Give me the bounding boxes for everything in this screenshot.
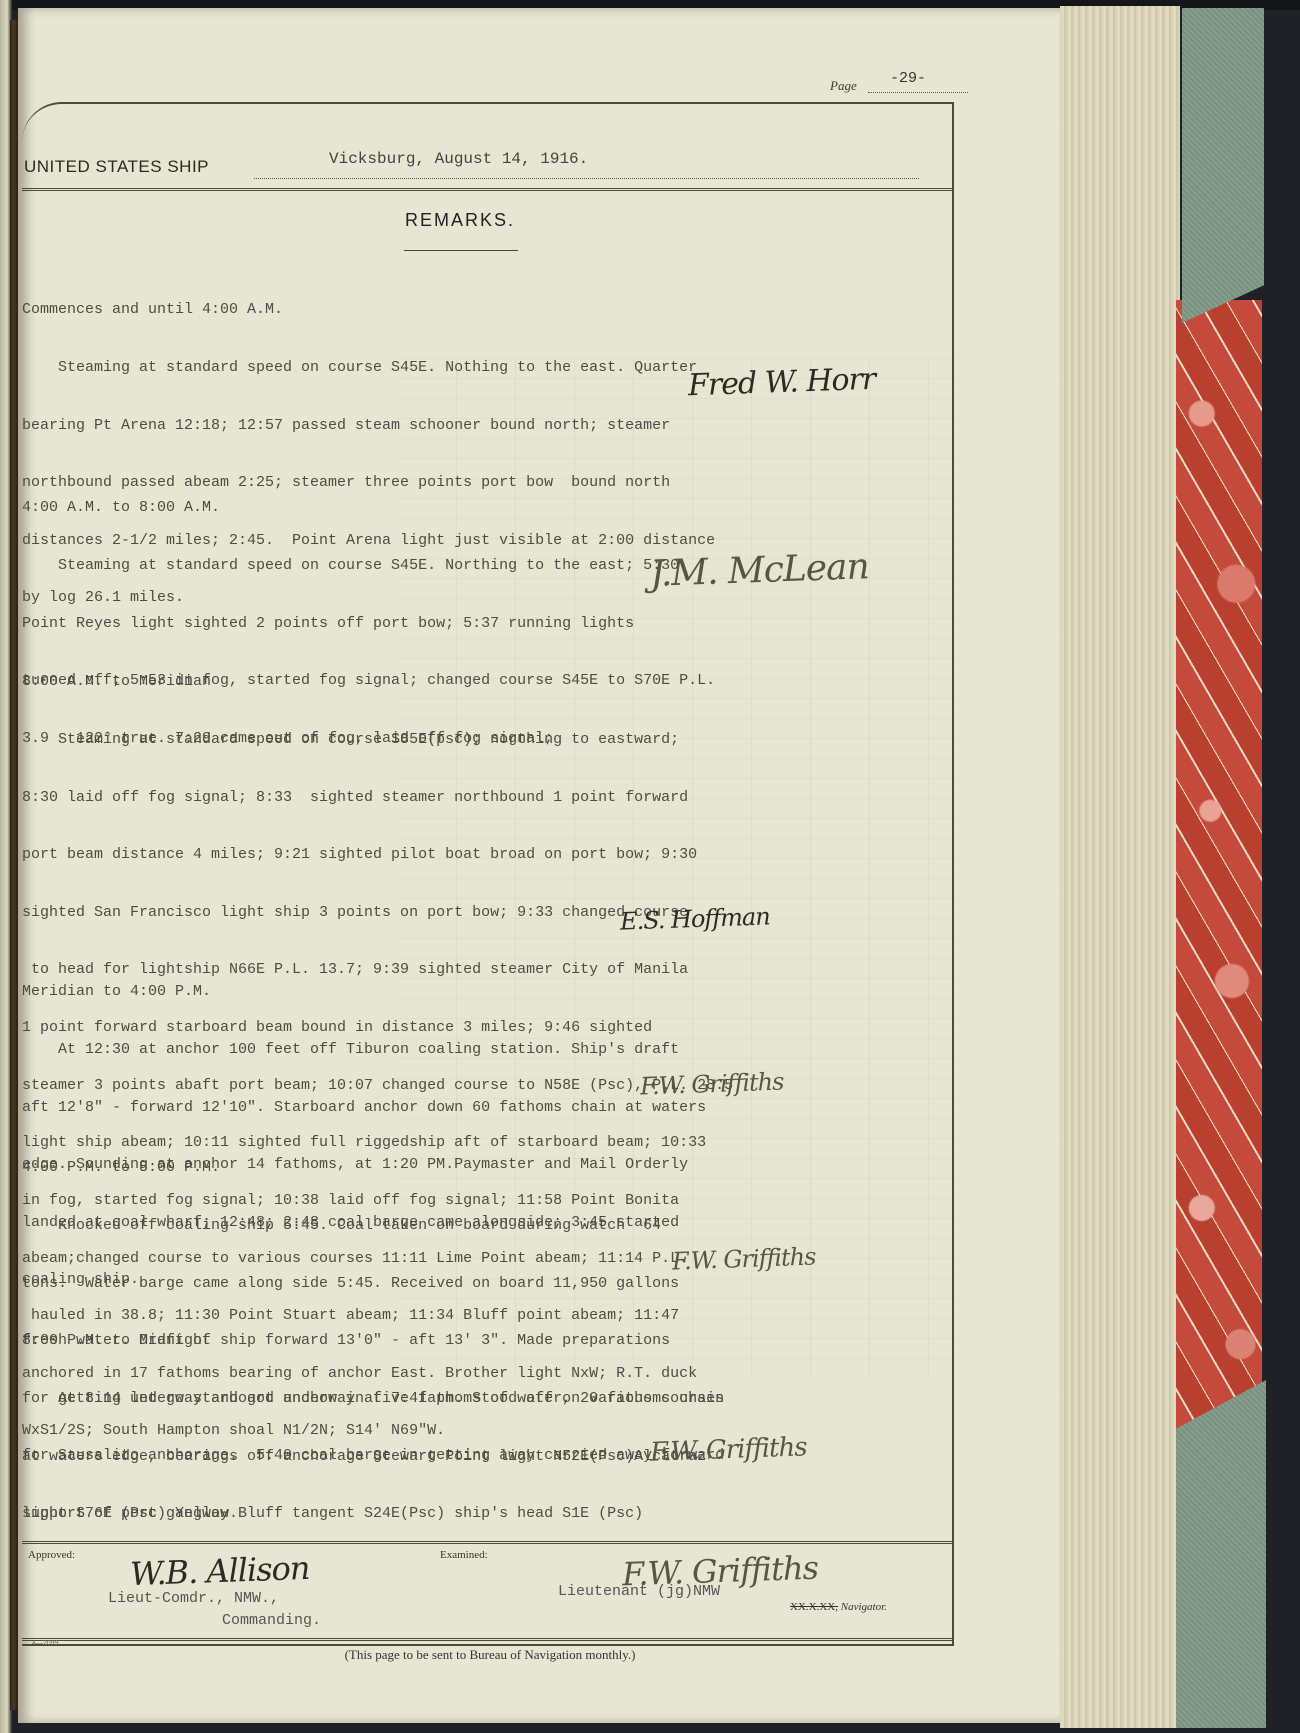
examined-label: Examined: <box>440 1549 488 1561</box>
examined-title: Lieutenant (jg)NMW <box>558 1583 720 1600</box>
log-line: sighted San Francisco light ship 3 point… <box>22 903 952 922</box>
approved-title: Lieut-Comdr., NMW., <box>108 1590 279 1607</box>
log-line: At 12:30 at anchor 100 feet off Tiburon … <box>22 1040 952 1059</box>
navigator-text: Navigator. <box>841 1601 887 1613</box>
page-label: Page <box>830 78 857 94</box>
log-line: At 8:14 let go starboard anchor in five … <box>22 1389 952 1408</box>
watch-signature: F.W. Griffiths <box>672 1243 816 1276</box>
log-line: Point Reyes light sighted 2 points off p… <box>22 614 952 633</box>
ship-label: UNITED STATES SHIP <box>24 157 209 177</box>
log-line: light S76E (Psc) Yellow Bluff tangent S2… <box>22 1504 952 1523</box>
watch-signature: F.W. Griffiths <box>650 1432 808 1467</box>
watch-signature: F.W. Griffiths <box>640 1068 784 1101</box>
watch-heading: Commences and until 4:00 A.M. <box>22 300 952 319</box>
log-line: 8:30 laid off fog signal; 8:33 sighted s… <box>22 788 952 807</box>
watch-heading: 4:00 P.M. to 8:00 P.M. <box>22 1158 952 1177</box>
cloth-corner-bottom <box>1176 1380 1266 1728</box>
page-number: Page -29- <box>830 70 970 92</box>
ship-dotline <box>254 178 919 179</box>
header-divider <box>22 188 954 191</box>
remarks-title: REMARKS. <box>340 210 580 231</box>
page-number-value: -29- <box>890 70 926 87</box>
cloth-corner-top <box>1182 8 1264 323</box>
watch-signature: E.S. Hoffman <box>620 902 771 935</box>
book-gutter <box>10 20 18 1710</box>
page-stack-edge <box>1060 6 1180 1728</box>
watch-heading: 8:00 A.M. to Meridian <box>22 672 952 691</box>
watch-heading: 4:00 A.M. to 8:00 A.M. <box>22 498 952 517</box>
watch-heading: Meridian to 4:00 P.M. <box>22 982 952 1001</box>
watch-signature: J.M. McLean <box>649 546 869 595</box>
approved-signature: W.B. Allison <box>129 1549 310 1593</box>
navigator-label: XX.X.XX, Navigator. <box>790 1601 887 1613</box>
log-line: Steaming at standard speed on course S85… <box>22 730 952 749</box>
remarks-rule <box>404 250 518 251</box>
log-line: bearing Pt Arena 12:18; 12:57 passed ste… <box>22 416 952 435</box>
bottom-divider <box>22 1638 954 1641</box>
watch-entry: 8:00 P.M. to Midnight At 8:14 let go sta… <box>22 1293 952 1543</box>
log-line: tons. Water barge came along side 5:45. … <box>22 1274 952 1293</box>
log-line: aft 12'8" - forward 12'10". Starboard an… <box>22 1098 952 1117</box>
approved-title-commanding: Commanding. <box>222 1612 321 1629</box>
log-line: port beam distance 4 miles; 9:21 sighted… <box>22 845 952 864</box>
form-number: 4—2099 <box>32 1640 58 1647</box>
watch-heading: 8:00 P.M. to Midnight <box>22 1331 952 1350</box>
marbled-cover <box>1176 300 1262 1435</box>
ship-row: UNITED STATES SHIP Vicksburg, August 14,… <box>24 150 924 180</box>
navigator-struck-text: XX.X.XX, <box>790 1601 838 1613</box>
approved-label: Approved: <box>28 1549 75 1561</box>
page-number-dotline <box>868 92 968 93</box>
bureau-note: (This page to be sent to Bureau of Navig… <box>230 1647 750 1663</box>
log-line: at waters edge, bearings off anchorage S… <box>22 1447 952 1466</box>
ship-value: Vicksburg, August 14, 1916. <box>329 150 588 168</box>
watch-signature: Fred W. Horr <box>687 362 875 404</box>
log-line: Knocked off coaling ship 5:45. Coal take… <box>22 1216 952 1235</box>
